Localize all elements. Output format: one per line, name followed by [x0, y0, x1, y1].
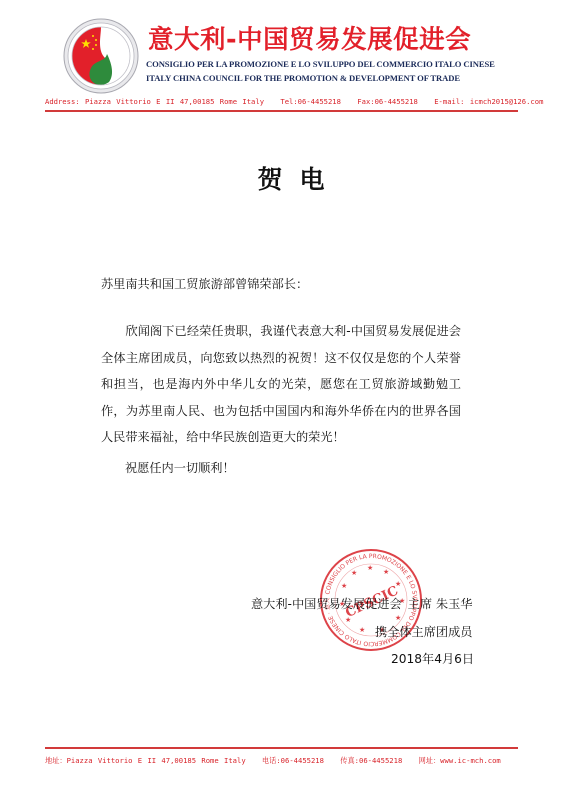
signature-organization: 意大利-中国贸易发展促进会	[251, 597, 402, 611]
signature-title-name: 主席 朱玉华	[408, 597, 473, 611]
svg-text:★: ★	[359, 626, 365, 634]
svg-text:★: ★	[345, 616, 351, 624]
organization-name-chinese: 意大利-中国贸易发展促进会	[148, 20, 471, 56]
svg-text:★: ★	[383, 568, 389, 576]
document-title: 贺电	[0, 160, 565, 196]
footer-divider	[45, 747, 518, 749]
header-address: Address: Piazza Vittorio E II 47,00185 R…	[45, 97, 264, 106]
svg-text:★: ★	[341, 582, 347, 590]
header-email: E-mail: icmch2015@126.com	[434, 97, 543, 106]
header-divider	[45, 110, 518, 112]
svg-text:★: ★	[367, 564, 373, 572]
footer-contact-line: 地址：Piazza Vittorio E II 47,00185 Rome It…	[45, 756, 512, 766]
signature-line: 意大利-中国贸易发展促进会主席 朱玉华	[251, 595, 472, 612]
svg-text:★: ★	[395, 614, 401, 622]
organization-name-english: ITALY CHINA COUNCIL FOR THE PROMOTION & …	[146, 73, 460, 83]
header-tel: Tel:06-4455218	[280, 97, 341, 106]
svg-text:★: ★	[395, 580, 401, 588]
footer-tel: 电话:06-4455218	[262, 756, 324, 765]
footer-fax: 传真:06-4455218	[340, 756, 402, 765]
letter-body-paragraph: 欣闻阁下已经荣任贵职，我谨代表意大利-中国贸易发展促进会全体主席团成员，向您致以…	[101, 318, 461, 451]
organization-name-italian: CONSIGLIO PER LA PROMOZIONE E LO SVILUPP…	[146, 59, 495, 69]
signature-with-members: 携全体主席团成员	[375, 623, 473, 640]
closing-wish: 祝愿任内一切顺利！	[125, 459, 235, 476]
footer-website: 网址：www.ic-mch.com	[419, 756, 501, 765]
salutation: 苏里南共和国工贸旅游部曾锦荣部长：	[101, 275, 308, 292]
signature-date: 2018年4月6日	[391, 650, 474, 667]
header-fax: Fax:06-4455218	[357, 97, 418, 106]
footer-address: 地址：Piazza Vittorio E II 47,00185 Rome It…	[45, 756, 246, 765]
svg-text:★: ★	[351, 569, 357, 577]
letter-body: 欣闻阁下已经荣任贵职，我谨代表意大利-中国贸易发展促进会全体主席团成员，向您致以…	[101, 318, 461, 451]
china-italy-emblem-icon	[63, 18, 139, 94]
header-contact-line: Address: Piazza Vittorio E II 47,00185 R…	[45, 97, 554, 106]
